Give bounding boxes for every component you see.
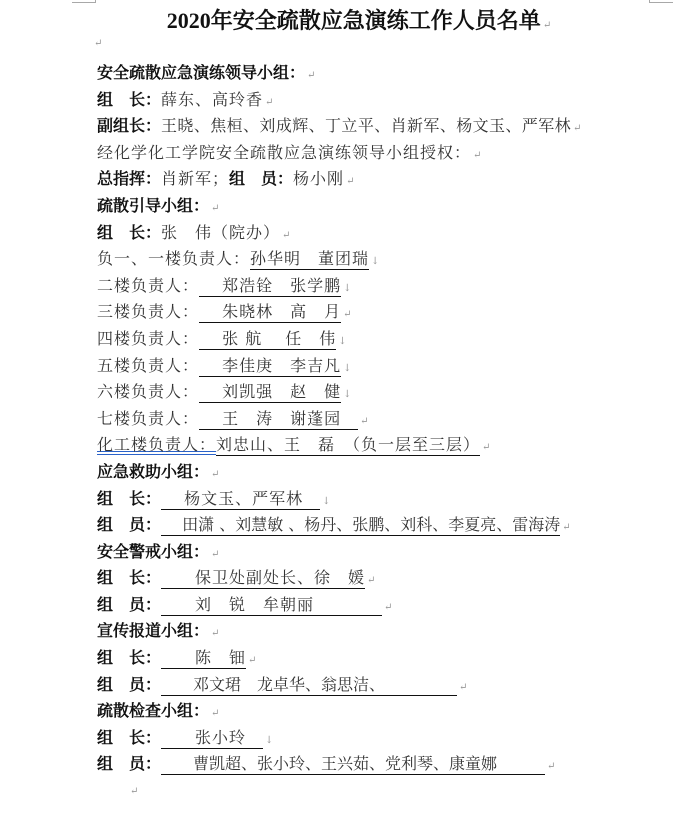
heading-text: 疏散检查小组： — [97, 701, 209, 720]
section-heading-security: 安全警戒小组：↵ — [97, 539, 581, 566]
value: 王 涛 谢蓬园 — [199, 409, 358, 430]
floor-line: 化工楼负责人：刘忠山、王 磊 （负一层至三层）↵ — [97, 432, 581, 459]
heading-text: 安全警戒小组： — [97, 542, 209, 561]
paragraph-mark-icon: ↵ — [562, 522, 570, 533]
paragraph-mark-icon: ↵ — [94, 38, 102, 49]
paragraph-mark-icon: ↵ — [211, 203, 219, 214]
paragraph-mark-icon: ↵ — [211, 708, 219, 719]
label: 四楼负责人： — [97, 329, 199, 348]
value: 孙华明 董团瑞 — [250, 249, 369, 270]
floor-line: 七楼负责人： 王 涛 谢蓬园 ↵ — [97, 406, 581, 433]
label: 组 长： — [97, 223, 161, 242]
page-crop-mark-right — [649, 0, 673, 3]
heading-text: 安全疏散应急演练领导小组： — [97, 63, 305, 82]
value: 陈 钿 — [161, 648, 246, 669]
value: 郑浩铨 张学鹏 — [199, 276, 341, 297]
label: 组 员： — [97, 595, 161, 614]
heading-text: 应急救助小组： — [97, 462, 209, 481]
label: 五楼负责人： — [97, 356, 199, 375]
leadership-leader-line: 组 长：薛东、高玲香↵ — [97, 87, 581, 114]
authorization-line: 经化学化工学院安全疏散应急演练领导小组授权：↵ — [97, 140, 581, 167]
section-heading-evacuation-guide: 疏散引导小组：↵ — [97, 193, 581, 220]
value: 杨小刚 — [293, 169, 344, 188]
value: 杨文玉、严军林 — [161, 489, 320, 510]
inspection-leader-line: 组 长： 张小玲 ↓ — [97, 725, 581, 752]
paragraph-mark-icon: ↵ — [543, 20, 551, 31]
floor-line: 四楼负责人： 张 航 任 伟↓ — [97, 326, 581, 353]
paragraph-mark-icon: ↵ — [130, 786, 138, 797]
document-body[interactable]: 安全疏散应急演练领导小组：↵ 组 长：薛东、高玲香↵ 副组长：王晓、焦桓、刘成辉… — [97, 60, 581, 778]
value: 经化学化工学院安全疏散应急演练领导小组授权： — [97, 143, 471, 162]
value: 薛东、高玲香 — [161, 90, 263, 109]
label: 组 长： — [97, 489, 161, 508]
value: 保卫处副处长、徐 媛 — [161, 568, 365, 589]
inspection-member-line: 组 员： 曹凯超、张小玲、王兴茹、党利琴、康童娜 ↵ — [97, 751, 581, 778]
publicity-member-line: 组 员： 邓文珺 龙卓华、翁思洁、 ↵ — [97, 672, 581, 699]
line-break-icon: ↓ — [371, 256, 379, 267]
security-leader-line: 组 长： 保卫处副处长、徐 媛↵ — [97, 565, 581, 592]
label: 组 员： — [97, 754, 161, 773]
value: 曹凯超、张小玲、王兴茹、党利琴、康童娜 — [161, 754, 545, 775]
line-break-icon: ↓ — [338, 336, 346, 347]
first-aid-member-line: 组 员： 田潇 、刘慧敏 、杨丹、张鹏、刘科、李夏亮、雷海涛↵ — [97, 512, 581, 539]
floor-line: 六楼负责人： 刘凯强 赵 健↓ — [97, 379, 581, 406]
page-crop-mark-left — [72, 0, 96, 3]
paragraph-mark-icon: ↵ — [282, 230, 290, 241]
value: 张 伟（院办） — [161, 223, 280, 242]
paragraph-mark-icon: ↵ — [343, 309, 351, 320]
label: 组 长： — [97, 568, 161, 587]
commander-line: 总指挥：肖新军；组 员：杨小刚↵ — [97, 166, 581, 193]
value: 张 航 任 伟 — [199, 329, 336, 350]
paragraph-mark-icon: ↵ — [307, 70, 315, 81]
label: 总指挥： — [97, 169, 161, 188]
label: 组 长： — [97, 90, 161, 109]
label: 组 员： — [97, 515, 161, 534]
paragraph-mark-icon: ↵ — [367, 575, 375, 586]
label: 组 员： — [97, 675, 161, 694]
paragraph-mark-icon: ↵ — [459, 682, 467, 693]
value: 邓文珺 龙卓华、翁思洁、 — [161, 675, 457, 696]
first-aid-leader-line: 组 长： 杨文玉、严军林 ↓ — [97, 486, 581, 513]
value: 张小玲 — [161, 728, 263, 749]
floor-line: 三楼负责人： 朱晓林 高 月↵ — [97, 299, 581, 326]
label: 负一、一楼负责人： — [97, 249, 250, 268]
section-heading-publicity: 宣传报道小组：↵ — [97, 618, 581, 645]
paragraph-mark-icon: ↵ — [384, 602, 392, 613]
paragraph-mark-icon: ↵ — [211, 469, 219, 480]
section-heading-inspection: 疏散检查小组：↵ — [97, 698, 581, 725]
paragraph-mark-icon: ↵ — [547, 761, 555, 772]
paragraph-mark-icon: ↵ — [573, 123, 581, 134]
paragraph-mark-icon: ↵ — [211, 549, 219, 560]
label: 组 员： — [229, 169, 293, 188]
value: 王晓、焦桓、刘成辉、丁立平、肖新军、杨文玉、严军林 — [161, 116, 571, 135]
line-break-icon: ↓ — [343, 283, 351, 294]
value: 刘 锐 牟朝丽 — [161, 595, 382, 616]
paragraph-mark-icon: ↵ — [265, 97, 273, 108]
label: 组 长： — [97, 728, 161, 747]
line-break-icon: ↓ — [265, 735, 273, 746]
leadership-deputy-line: 副组长：王晓、焦桓、刘成辉、丁立平、肖新军、杨文玉、严军林↵ — [97, 113, 581, 140]
label: 组 长： — [97, 648, 161, 667]
paragraph-mark-icon: ↵ — [473, 150, 481, 161]
value: 田潇 、刘慧敏 、杨丹、张鹏、刘科、李夏亮、雷海涛 — [161, 515, 560, 536]
paragraph-mark-icon: ↵ — [482, 442, 490, 453]
paragraph-mark-icon: ↵ — [248, 655, 256, 666]
label: 化工楼负责人： — [97, 435, 216, 454]
section-heading-leadership: 安全疏散应急演练领导小组：↵ — [97, 60, 581, 87]
label: 三楼负责人： — [97, 302, 199, 321]
heading-text: 宣传报道小组： — [97, 621, 209, 640]
floor-line: 负一、一楼负责人：孙华明 董团瑞↓ — [97, 246, 581, 273]
line-break-icon: ↓ — [343, 389, 351, 400]
paragraph-mark-icon: ↵ — [360, 416, 368, 427]
document-title: 2020年安全疏散应急演练工作人员名单↵ — [124, 4, 594, 35]
floor-line: 五楼负责人： 李佳庚 李吉凡↓ — [97, 353, 581, 380]
label: 七楼负责人： — [97, 409, 199, 428]
value: 刘凯强 赵 健 — [199, 382, 341, 403]
value: 李佳庚 李吉凡 — [199, 356, 341, 377]
value: 朱晓林 高 月 — [199, 302, 341, 323]
value: 刘忠山、王 磊 （负一层至三层） — [216, 435, 480, 456]
label: 六楼负责人： — [97, 382, 199, 401]
line-break-icon: ↓ — [343, 363, 351, 374]
guide-leader-line: 组 长：张 伟（院办）↵ — [97, 220, 581, 247]
section-heading-first-aid: 应急救助小组：↵ — [97, 459, 581, 486]
label: 副组长： — [97, 116, 161, 135]
publicity-leader-line: 组 长： 陈 钿↵ — [97, 645, 581, 672]
line-break-icon: ↓ — [322, 496, 330, 507]
label: 二楼负责人： — [97, 276, 199, 295]
value: 肖新军； — [161, 169, 229, 188]
floor-line: 二楼负责人： 郑浩铨 张学鹏↓ — [97, 273, 581, 300]
title-text: 2020年安全疏散应急演练工作人员名单 — [167, 8, 541, 33]
heading-text: 疏散引导小组： — [97, 196, 209, 215]
paragraph-mark-icon: ↵ — [211, 628, 219, 639]
paragraph-mark-icon: ↵ — [346, 176, 354, 187]
security-member-line: 组 员： 刘 锐 牟朝丽 ↵ — [97, 592, 581, 619]
